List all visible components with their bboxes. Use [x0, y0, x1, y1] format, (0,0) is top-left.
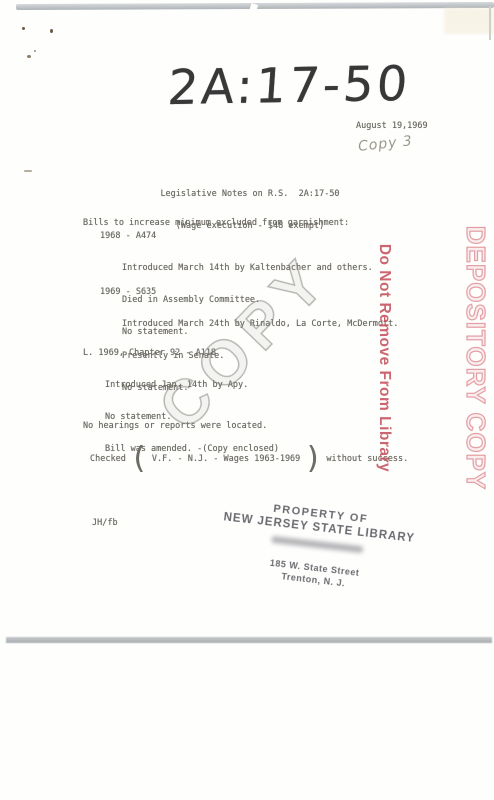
- typist-initials: JH/fb: [92, 518, 118, 529]
- bill-2-detail-line: Introduced March 24th by Rinaldo, La Cor…: [122, 319, 398, 330]
- typed-date: August 19,1969: [356, 121, 428, 132]
- pencil-mark: [24, 170, 32, 172]
- scan-top-edge-notch: [249, 3, 258, 14]
- paper-speck: [27, 55, 31, 58]
- law-chapter-number: L. 1969, Chapter 92 - A118: [83, 348, 216, 359]
- scan-corner-discoloration: [444, 8, 494, 34]
- intro-line: Bills to increase minimum excluded from …: [83, 218, 349, 229]
- property-stamp-address: 185 W. State Street Trenton, N. J.: [188, 548, 439, 600]
- depository-stamp-title: DEPOSITORY COPY: [460, 226, 491, 490]
- large-close-paren: ): [304, 446, 322, 472]
- check-text-inside: V.F. - N.J. - Wages 1963-1969: [150, 454, 302, 465]
- paper-speck: [22, 27, 25, 30]
- scan-right-edge-line: [489, 6, 491, 40]
- heading-line-1: Legislative Notes on R.S. 2A:17-50: [130, 189, 370, 200]
- law-detail-line: Introduced Jan. 14th by Apy.: [105, 380, 279, 391]
- paper-speck: [50, 29, 53, 33]
- check-text-before: Checked: [88, 454, 128, 465]
- scanned-document-page: 2A:17-50 August 19,1969 Copy 3 Legislati…: [0, 0, 494, 800]
- checked-sources-line: Checked ( V.F. - N.J. - Wages 1963-1969 …: [88, 446, 410, 472]
- handwritten-statute-number: 2A:17-50: [166, 56, 412, 116]
- bill-1-detail-line: Introduced March 14th by Kaltenbacher an…: [122, 263, 373, 274]
- hearings-note: No hearings or reports were located.: [83, 421, 267, 432]
- paper-speck: [34, 50, 36, 52]
- document-heading: Legislative Notes on R.S. 2A:17-50 (Wage…: [130, 168, 370, 253]
- handwritten-copy-note: Copy 3: [357, 133, 413, 155]
- illegible-stamp-smudge: [271, 536, 363, 553]
- bill-1-number: 1968 - A474: [100, 231, 156, 242]
- bill-2-number: 1969 - S635: [100, 287, 156, 298]
- property-stamp: PROPERTY OF NEW JERSEY STATE LIBRARY 185…: [188, 494, 445, 600]
- large-open-paren: (: [130, 446, 148, 472]
- check-text-after: without success.: [324, 454, 410, 465]
- scan-bottom-edge: [6, 637, 492, 643]
